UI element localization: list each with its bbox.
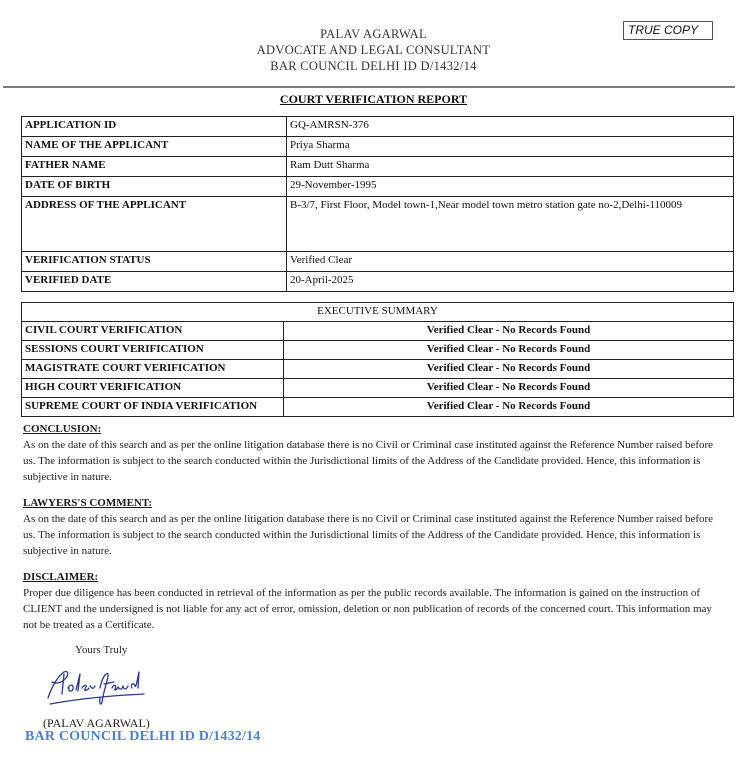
disclaimer-text: Proper due diligence has been conducted … (23, 585, 723, 633)
field-value: Priya Sharma (287, 137, 734, 157)
field-value: Ram Dutt Sharma (287, 157, 734, 177)
table-row: SUPREME COURT OF INDIA VERIFICATION Veri… (22, 398, 734, 417)
disclaimer-heading: DISCLAIMER: (23, 570, 723, 585)
table-row: MAGISTRATE COURT VERIFICATION Verified C… (22, 360, 734, 379)
signature-icon (42, 664, 152, 713)
field-label: APPLICATION ID (22, 117, 287, 137)
court-label: MAGISTRATE COURT VERIFICATION (22, 360, 284, 379)
court-status: Verified Clear - No Records Found (284, 322, 734, 341)
advocate-designation: ADVOCATE AND LEGAL CONSULTANT (0, 42, 747, 58)
court-label: SUPREME COURT OF INDIA VERIFICATION (22, 398, 284, 417)
table-row: CIVIL COURT VERIFICATION Verified Clear … (22, 322, 734, 341)
signatory-bar-id: BAR COUNCIL DELHI ID D/1432/14 (25, 729, 260, 745)
table-row: SESSIONS COURT VERIFICATION Verified Cle… (22, 341, 734, 360)
table-row: DATE OF BIRTH 29-November-1995 (22, 177, 734, 197)
court-status: Verified Clear - No Records Found (284, 341, 734, 360)
field-value: 29-November-1995 (287, 177, 734, 197)
conclusion-heading: CONCLUSION: (23, 422, 723, 437)
advocate-bar-id: BAR COUNCIL DELHI ID D/1432/14 (0, 58, 747, 74)
executive-summary-table: EXECUTIVE SUMMARY CIVIL COURT VERIFICATI… (21, 302, 734, 417)
table-row: NAME OF THE APPLICANT Priya Sharma (22, 137, 734, 157)
executive-summary-heading: EXECUTIVE SUMMARY (22, 303, 734, 322)
report-title: COURT VERIFICATION REPORT (0, 92, 747, 107)
table-header-row: EXECUTIVE SUMMARY (22, 303, 734, 322)
field-value: 20-April-2025 (287, 272, 734, 292)
conclusion-section: CONCLUSION: As on the date of this searc… (23, 422, 723, 485)
court-label: SESSIONS COURT VERIFICATION (22, 341, 284, 360)
conclusion-text: As on the date of this search and as per… (23, 437, 723, 485)
lawyers-comment-text: As on the date of this search and as per… (23, 511, 723, 559)
lawyers-comment-heading: LAWYERS'S COMMENT: (23, 496, 723, 511)
field-value: Verified Clear (287, 252, 734, 272)
table-row: FATHER NAME Ram Dutt Sharma (22, 157, 734, 177)
field-label: VERIFICATION STATUS (22, 252, 287, 272)
court-label: CIVIL COURT VERIFICATION (22, 322, 284, 341)
court-status: Verified Clear - No Records Found (284, 360, 734, 379)
header-divider (3, 86, 735, 88)
closing-text: Yours Truly (75, 644, 127, 656)
table-row: HIGH COURT VERIFICATION Verified Clear -… (22, 379, 734, 398)
field-value: GQ-AMRSN-376 (287, 117, 734, 137)
disclaimer-section: DISCLAIMER: Proper due diligence has bee… (23, 570, 723, 633)
court-label: HIGH COURT VERIFICATION (22, 379, 284, 398)
table-row: ADDRESS OF THE APPLICANT B-3/7, First Fl… (22, 197, 734, 252)
field-label: DATE OF BIRTH (22, 177, 287, 197)
court-status: Verified Clear - No Records Found (284, 379, 734, 398)
table-row: VERIFIED DATE 20-April-2025 (22, 272, 734, 292)
field-label: NAME OF THE APPLICANT (22, 137, 287, 157)
field-label: ADDRESS OF THE APPLICANT (22, 197, 287, 252)
lawyers-comment-section: LAWYERS'S COMMENT: As on the date of thi… (23, 496, 723, 559)
field-value: B-3/7, First Floor, Model town-1,Near mo… (287, 197, 734, 252)
applicant-details-table: APPLICATION ID GQ-AMRSN-376 NAME OF THE … (21, 116, 734, 292)
true-copy-stamp: TRUE COPY (623, 21, 713, 40)
court-status: Verified Clear - No Records Found (284, 398, 734, 417)
field-label: FATHER NAME (22, 157, 287, 177)
field-label: VERIFIED DATE (22, 272, 287, 292)
table-row: APPLICATION ID GQ-AMRSN-376 (22, 117, 734, 137)
table-row: VERIFICATION STATUS Verified Clear (22, 252, 734, 272)
